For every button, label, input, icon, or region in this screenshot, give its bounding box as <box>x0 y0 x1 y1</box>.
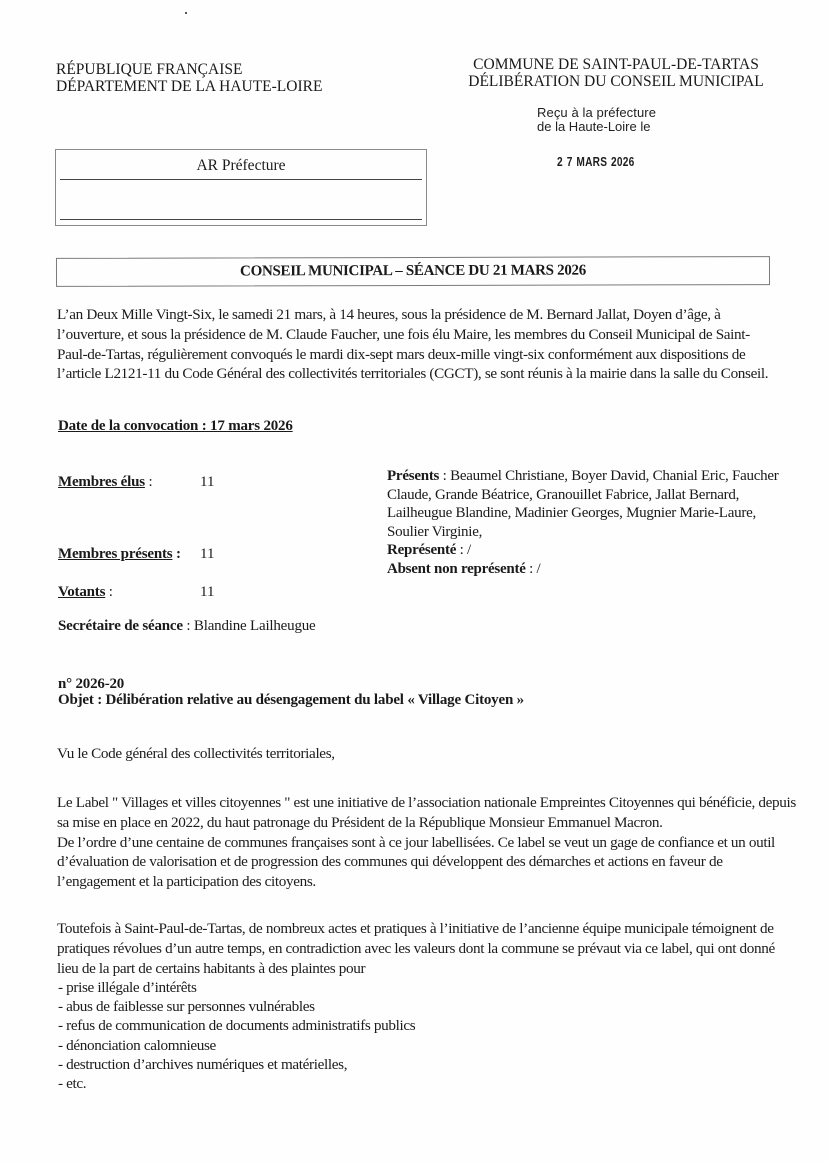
label-paragraph-b: De l’ordre d’une centaine de communes fr… <box>57 833 797 892</box>
stamp-line-1: Reçu à la préfecture <box>537 106 667 120</box>
secretaire-label: Secrétaire de séance <box>58 618 183 634</box>
header-left: RÉPUBLIQUE FRANÇAISE DÉPARTEMENT DE LA H… <box>56 61 322 95</box>
ar-line-1 <box>60 179 422 180</box>
absent-label: Absent non représenté <box>387 561 526 577</box>
toutefois-paragraph: Toutefois à Saint-Paul-de-Tartas, de nom… <box>57 919 797 978</box>
represente-value: : / <box>456 542 471 558</box>
label-paragraph: Le Label " Villages et villes citoyennes… <box>57 793 797 892</box>
header-deliberation: DÉLIBÉRATION DU CONSEIL MUNICIPAL <box>462 73 770 90</box>
absent-value: : / <box>526 561 541 577</box>
scan-speck <box>185 12 187 14</box>
vu-code-paragraph: Vu le Code général des collectivités ter… <box>57 744 335 764</box>
secretaire-value: Blandine Lailheugue <box>194 618 316 634</box>
convocation-date: Date de la convocation : 17 mars 2026 <box>58 418 293 435</box>
ar-prefecture-box: AR Préfecture <box>55 149 427 226</box>
ar-line-2 <box>60 219 422 220</box>
colon: : <box>105 584 113 600</box>
votants-label: Votants : <box>58 584 113 601</box>
votants-text: Votants <box>58 584 105 600</box>
separator: : <box>183 618 194 634</box>
membres-presents-value: 11 <box>200 546 214 563</box>
represente-label: Représenté <box>387 542 456 558</box>
membres-elus-value: 11 <box>200 474 214 491</box>
header-departement: DÉPARTEMENT DE LA HAUTE-LOIRE <box>56 78 322 95</box>
ar-prefecture-title: AR Préfecture <box>56 157 426 175</box>
header-republique: RÉPUBLIQUE FRANÇAISE <box>56 61 322 78</box>
label-paragraph-a: Le Label " Villages et villes citoyennes… <box>57 793 797 833</box>
presents-value: : Beaumel Christiane, Boyer David, Chani… <box>387 468 779 540</box>
colon: : <box>172 546 180 562</box>
reception-stamp: Reçu à la préfecture de la Haute-Loire l… <box>537 106 667 134</box>
membres-presents-label: Membres présents : <box>58 546 181 563</box>
deliberation-objet: Objet : Délibération relative au désenga… <box>58 692 524 709</box>
intro-paragraph: L’an Deux Mille Vingt-Six, le samedi 21 … <box>57 305 777 384</box>
session-title: CONSEIL MUNICIPAL – SÉANCE DU 21 MARS 20… <box>57 262 769 281</box>
session-title-box: CONSEIL MUNICIPAL – SÉANCE DU 21 MARS 20… <box>56 256 770 287</box>
votants-value: 11 <box>200 584 214 601</box>
secretaire-de-seance: Secrétaire de séance : Blandine Lailheug… <box>58 618 316 635</box>
document-page: RÉPUBLIQUE FRANÇAISE DÉPARTEMENT DE LA H… <box>0 0 828 1163</box>
represente-row: Représenté : / <box>387 541 787 560</box>
header-right: COMMUNE DE SAINT-PAUL-DE-TARTAS DÉLIBÉRA… <box>462 56 770 90</box>
stamp-date: 2 7 MARS 2026 <box>557 154 635 169</box>
list-item: - dénonciation calomnieuse <box>58 1036 415 1055</box>
presents-label: Présents <box>387 468 439 484</box>
membres-elus-text: Membres élus <box>58 474 145 490</box>
list-item: - etc. <box>58 1074 415 1093</box>
plaintes-list: - prise illégale d’intérêts - abus de fa… <box>58 978 415 1093</box>
colon: : <box>145 474 153 490</box>
list-item: - refus de communication de documents ad… <box>58 1016 415 1035</box>
presence-block: Présents : Beaumel Christiane, Boyer Dav… <box>387 467 787 578</box>
membres-elus-label: Membres élus : <box>58 474 152 491</box>
membres-presents-text: Membres présents <box>58 546 172 562</box>
header-commune: COMMUNE DE SAINT-PAUL-DE-TARTAS <box>462 56 770 73</box>
list-item: - prise illégale d’intérêts <box>58 978 415 997</box>
presents-list: Présents : Beaumel Christiane, Boyer Dav… <box>387 467 787 541</box>
list-item: - abus de faiblesse sur personnes vulnér… <box>58 997 415 1016</box>
deliberation-number: n° 2026-20 <box>58 676 124 693</box>
list-item: - destruction d’archives numériques et m… <box>58 1055 415 1074</box>
absent-row: Absent non représenté : / <box>387 560 787 579</box>
stamp-line-2: de la Haute-Loire le <box>537 120 667 134</box>
